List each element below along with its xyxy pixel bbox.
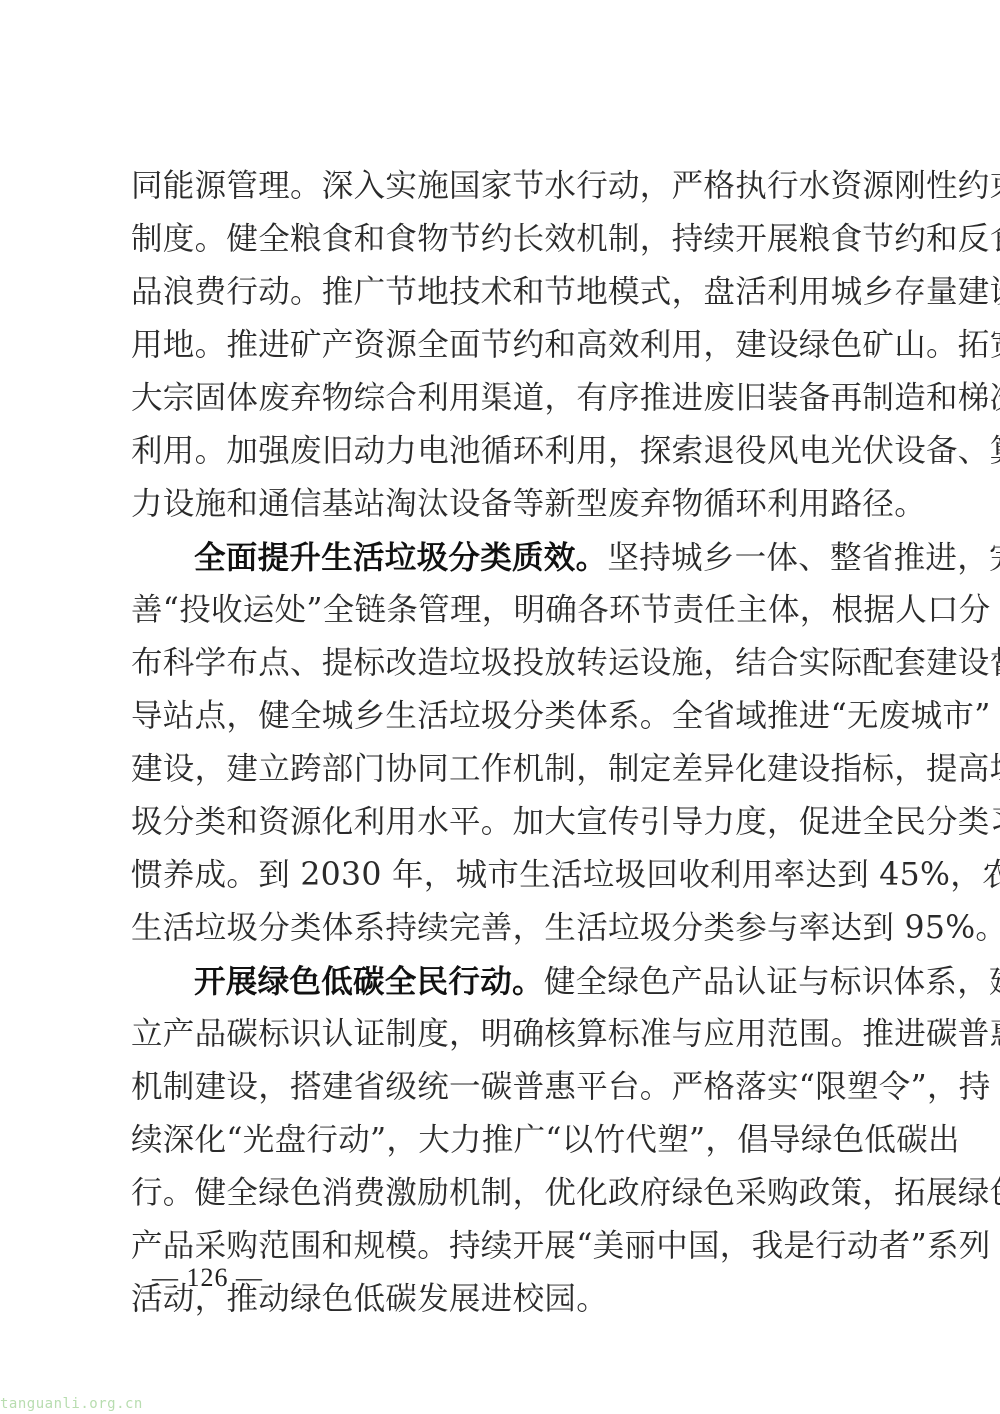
text-line: 制度。健全粮食和食物节约长效机制，持续开展粮食节约和反食 <box>131 213 871 266</box>
text-line: 全面提升生活垃圾分类质效。坚持城乡一体、整省推进，完 <box>131 531 871 584</box>
text-line: 导站点，健全城乡生活垃圾分类体系。全省域推进“无废城市” <box>131 690 871 743</box>
text-line: 续深化“光盘行动”，大力推广“以竹代塑”，倡导绿色低碳出 <box>131 1114 871 1167</box>
text-run: 坚持城乡一体、整省推进，完 <box>607 540 1000 576</box>
document-page: 同能源管理。深入实施国家节水行动，严格执行水资源刚性约束 制度。健全粮食和食物节… <box>0 0 1000 1414</box>
text-line: 机制建设，搭建省级统一碳普惠平台。严格落实“限塑令”，持 <box>131 1061 871 1114</box>
text-line: 品浪费行动。推广节地技术和节地模式，盘活利用城乡存量建设 <box>131 266 871 319</box>
text-line: 用地。推进矿产资源全面节约和高效利用，建设绿色矿山。拓宽 <box>131 319 871 372</box>
text-line: 同能源管理。深入实施国家节水行动，严格执行水资源刚性约束 <box>131 160 871 213</box>
text-line: 建设，建立跨部门协同工作机制，制定差异化建设指标，提高垃 <box>131 743 871 796</box>
watermark: tanguanli.org.cn <box>0 1396 143 1412</box>
text-line: 力设施和通信基站淘汰设备等新型废弃物循环利用路径。 <box>131 478 871 531</box>
text-line: 利用。加强废旧动力电池循环利用，探索退役风电光伏设备、算 <box>131 425 871 478</box>
section-heading: 全面提升生活垃圾分类质效。 <box>194 539 607 576</box>
paragraph-resource-conservation: 同能源管理。深入实施国家节水行动，严格执行水资源刚性约束 制度。健全粮食和食物节… <box>131 160 871 531</box>
text-line: 生活垃圾分类体系持续完善，生活垃圾分类参与率达到 95%。 <box>131 902 871 955</box>
text-line: 善“投收运处”全链条管理，明确各环节责任主体，根据人口分 <box>131 584 871 637</box>
text-line: 立产品碳标识认证制度，明确核算标准与应用范围。推进碳普惠 <box>131 1008 871 1061</box>
text-line: 开展绿色低碳全民行动。健全绿色产品认证与标识体系，建 <box>131 955 871 1008</box>
text-line: 惯养成。到 2030 年，城市生活垃圾回收利用率达到 45%，农村 <box>131 849 871 902</box>
text-line: 行。健全绿色消费激励机制，优化政府绿色采购政策，拓展绿色 <box>131 1167 871 1220</box>
page-number: — 126 — <box>152 1263 263 1293</box>
body-text: 同能源管理。深入实施国家节水行动，严格执行水资源刚性约束 制度。健全粮食和食物节… <box>131 160 871 1326</box>
text-run: 健全绿色产品认证与标识体系，建 <box>544 964 1000 1000</box>
text-line: 布科学布点、提标改造垃圾投放转运设施，结合实际配套建设督 <box>131 637 871 690</box>
text-line: 大宗固体废弃物综合利用渠道，有序推进废旧装备再制造和梯次 <box>131 372 871 425</box>
paragraph-garbage-sorting: 全面提升生活垃圾分类质效。坚持城乡一体、整省推进，完 善“投收运处”全链条管理，… <box>131 531 871 955</box>
section-heading: 开展绿色低碳全民行动。 <box>194 963 544 1000</box>
text-line: 圾分类和资源化利用水平。加大宣传引导力度，促进全民分类习 <box>131 796 871 849</box>
